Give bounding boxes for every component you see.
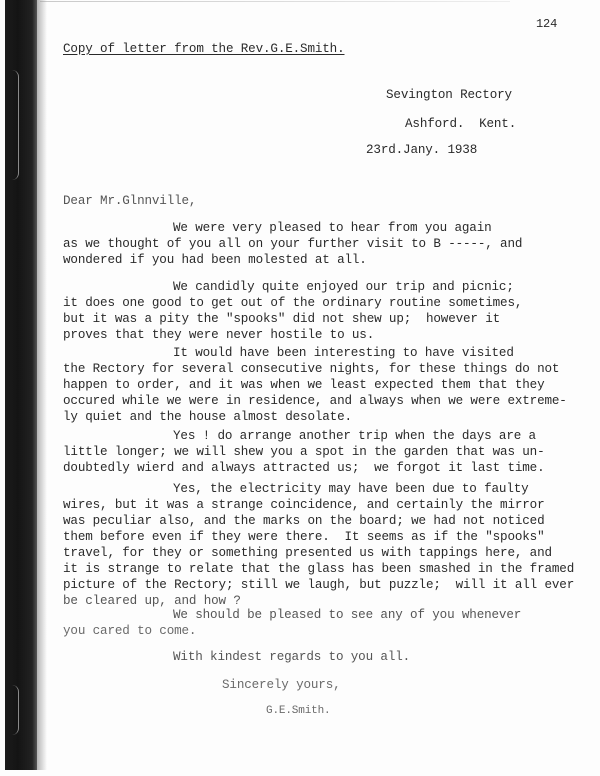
paragraph-line: Yes ! do arrange another trip when the d… (173, 428, 536, 444)
paragraph-line: happen to order, and it was when we leas… (63, 377, 545, 393)
letter-date: 23rd.Jany. 1938 (366, 142, 477, 158)
signature: G.E.Smith. (266, 703, 331, 719)
paragraph-line: doubtedly wierd and always attracted us;… (63, 460, 545, 476)
paragraph-line: was peculiar also, and the marks on the … (63, 513, 545, 529)
document-title: Copy of letter from the Rev.G.E.Smith. (63, 41, 345, 57)
paragraph-line: them before even if they were there. It … (63, 529, 545, 545)
paragraph-line: you cared to come. (63, 623, 196, 639)
binding-shadow (37, 0, 47, 770)
page-edge (40, 1, 510, 2)
paragraph-line: occured while we were in residence, and … (63, 393, 567, 409)
closing-regards: With kindest regards to you all. (173, 649, 410, 665)
paragraph-line: We were very pleased to hear from you ag… (173, 220, 492, 236)
binding-mark (12, 70, 19, 180)
address-line-1: Sevington Rectory (386, 87, 512, 103)
paragraph-line: Yes, the electricity may have been due t… (173, 481, 529, 497)
page-number: 124 (536, 16, 557, 32)
paragraph-line: it does one good to get out of the ordin… (63, 295, 522, 311)
paragraph-line: picture of the Rectory; still we laugh, … (63, 577, 574, 593)
paragraph-line: We candidly quite enjoyed our trip and p… (173, 279, 514, 295)
paragraph-line: but it was a pity the "spooks" did not s… (63, 311, 500, 327)
valediction: Sincerely yours, (222, 677, 341, 693)
paragraph-line: little longer; we will shew you a spot i… (63, 444, 545, 460)
paragraph-line: We should be pleased to see any of you w… (173, 607, 521, 623)
paragraph-line: the Rectory for several consecutive nigh… (63, 361, 559, 377)
letter-page: 124 Copy of letter from the Rev.G.E.Smit… (0, 0, 600, 776)
paragraph-line: as we thought of you all on your further… (63, 236, 522, 252)
paragraph-line: It would have been interesting to have v… (173, 345, 514, 361)
paragraph-line: ly quiet and the house almost desolate. (63, 409, 352, 425)
salutation: Dear Mr.Glnnville, (63, 193, 196, 209)
address-line-2: Ashford. Kent. (405, 116, 516, 132)
paragraph-line: it is strange to relate that the glass h… (63, 561, 574, 577)
paragraph-line: travel, for they or something presented … (63, 545, 552, 561)
paragraph-line: wires, but it was a strange coincidence,… (63, 497, 545, 513)
page-binding-strip (5, 0, 37, 770)
paragraph-line: proves that they were never hostile to u… (63, 327, 374, 343)
binding-mark (12, 685, 19, 735)
paragraph-line: wondered if you had been molested at all… (63, 252, 367, 268)
